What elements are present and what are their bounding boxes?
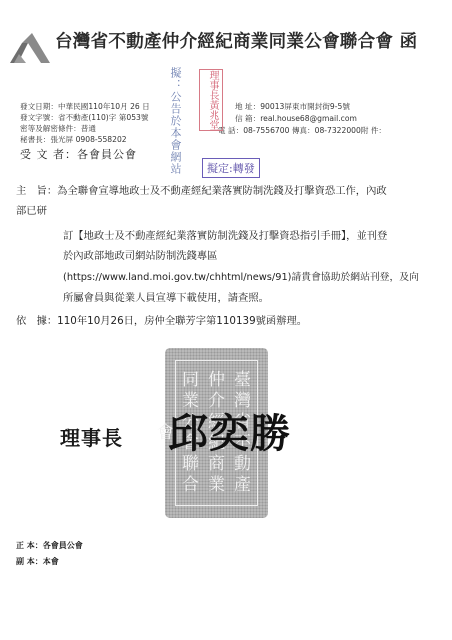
original-recipients: 正 本：各會員公會 <box>16 540 83 551</box>
purple-approval-stamp: 擬定:轉發 <box>202 158 260 178</box>
phone-fax: 電 話：08-7556700 傳真：08-7322000附 件： <box>218 125 386 136</box>
subject-line-4: 於內政部地政司網站防制洗錢專區 <box>63 246 217 266</box>
issue-date: 發文日期：中華民國110年10月 26 日 <box>20 101 150 112</box>
document-title: 台灣省不動產仲介經紀商業同業公會聯合會 函 <box>55 28 417 53</box>
subject-line-1: 主 旨：為全聯會宣導地政士及不動產經紀業落實防制洗錢及打擊資恐工作，內政 <box>16 181 387 201</box>
subject-line-5: (https://www.land.moi.gov.tw/chhtml/news… <box>63 268 419 288</box>
copy-recipients: 副 本：本會 <box>16 556 59 567</box>
handwritten-note-stamp: 擬：公告於本會網站 <box>166 67 182 175</box>
basis: 依 據：110年10月26日，房仲全聯芳字第110139號函辦理。 <box>16 311 307 331</box>
address: 地 址：90013屏東市開封街9-5號 <box>235 101 350 112</box>
subject-line-6: 所屬會員與從業人員宣導下載使用，請查照。 <box>63 288 269 308</box>
chairman-title: 理事長 <box>60 422 123 451</box>
classification: 密等及解密條件：普通 <box>20 123 96 134</box>
secretary-contact: 秘書長：張光屏 0908-558202 <box>20 134 127 145</box>
house-roof-logo-icon <box>10 33 50 63</box>
subject-line-2: 部已研 <box>16 201 47 221</box>
red-seal-stamp: 理事長黃兆堂 <box>199 69 223 131</box>
chairman-name: 邱奕勝 <box>168 402 291 459</box>
email: 信 箱：real.house68@gmail.com <box>235 113 357 124</box>
subject-line-3: 訂【地政士及不動產經紀業落實防制洗錢及打擊資恐指引手冊】，並刊登 <box>63 226 387 246</box>
document-number: 發文字號：省不動產(110)字 第053號 <box>20 112 148 123</box>
recipient: 受 文 者：各會員公會 <box>20 146 137 162</box>
